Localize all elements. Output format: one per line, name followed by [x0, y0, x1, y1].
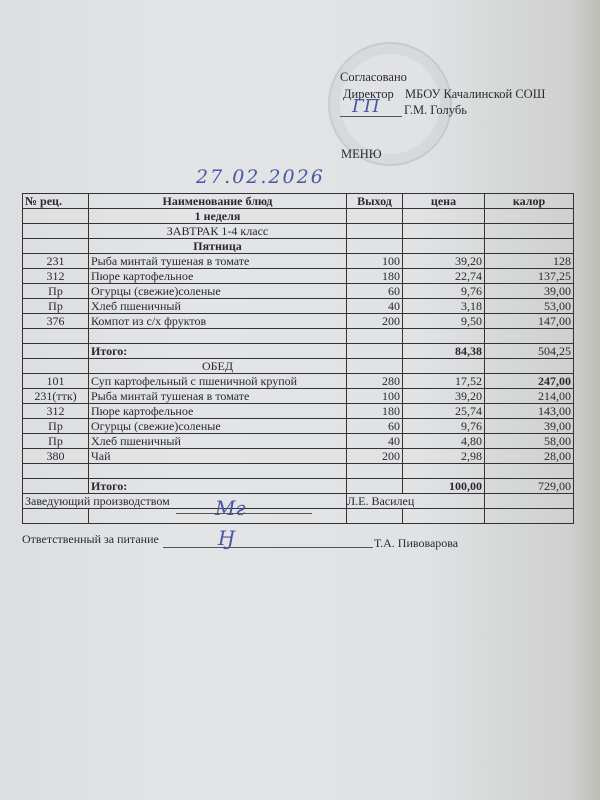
- approval-school: МБОУ Качалинской СОШ: [405, 86, 545, 102]
- recipe-number: Пр: [23, 419, 89, 434]
- dish-kcal: 247,00: [485, 374, 574, 389]
- production-head-row: Заведующий производствомЛ.Е. Василец: [23, 494, 574, 509]
- dish-name: Пюре картофельное: [89, 269, 347, 284]
- col-header-price: цена: [403, 194, 485, 209]
- week-label: 1 неделя: [89, 209, 347, 224]
- breakfast-title-row: ЗАВТРАК 1-4 класс: [23, 224, 574, 239]
- table-row: 101Суп картофельный с пшеничной крупой28…: [23, 374, 574, 389]
- total-price: 84,38: [403, 344, 485, 359]
- dish-price: 17,52: [403, 374, 485, 389]
- recipe-number: 376: [23, 314, 89, 329]
- dish-kcal: 128: [485, 254, 574, 269]
- empty-cell: [23, 344, 89, 359]
- dish-name: Пюре картофельное: [89, 404, 347, 419]
- recipe-number: 380: [23, 449, 89, 464]
- col-header-dish: Наименование блюд: [89, 194, 347, 209]
- table-row: ПрХлеб пшеничный404,8058,00: [23, 434, 574, 449]
- empty-cell: [403, 359, 485, 374]
- approval-director-name: Г.М. Голубь: [404, 102, 467, 118]
- dish-kcal: 28,00: [485, 449, 574, 464]
- week-row: 1 неделя: [23, 209, 574, 224]
- production-head-label: Заведующий производством: [23, 494, 347, 509]
- dish-kcal: 53,00: [485, 299, 574, 314]
- table-header-row: № рец. Наименование блюд Выход цена кало…: [23, 194, 574, 209]
- dish-kcal: 39,00: [485, 419, 574, 434]
- table-row: ПрОгурцы (свежие)соленые609,7639,00: [23, 419, 574, 434]
- table-row: 231(ттк)Рыба минтай тушеная в томате1003…: [23, 389, 574, 404]
- total-price: 100,00: [403, 479, 485, 494]
- table-row: 380Чай2002,9828,00: [23, 449, 574, 464]
- recipe-number: 312: [23, 269, 89, 284]
- empty-cell: [347, 359, 403, 374]
- dish-kcal: 147,00: [485, 314, 574, 329]
- lunch-total-row: Итого:100,00729,00: [23, 479, 574, 494]
- empty-cell: [485, 494, 574, 509]
- empty-cell: [485, 464, 574, 479]
- dish-yield: 180: [347, 269, 403, 284]
- recipe-number: 101: [23, 374, 89, 389]
- table-row: ПрОгурцы (свежие)соленые609,7639,00: [23, 284, 574, 299]
- dish-price: 9,76: [403, 284, 485, 299]
- spacer-row: [23, 329, 574, 344]
- total-kcal: 504,25: [485, 344, 574, 359]
- director-signature: ГП: [352, 96, 380, 117]
- empty-cell: [485, 509, 574, 524]
- total-label: Итого:: [89, 479, 347, 494]
- col-header-yield: Выход: [347, 194, 403, 209]
- recipe-number: Пр: [23, 299, 89, 314]
- dish-price: 25,74: [403, 404, 485, 419]
- dish-kcal: 143,00: [485, 404, 574, 419]
- dish-name: Огурцы (свежие)соленые: [89, 284, 347, 299]
- total-kcal: 729,00: [485, 479, 574, 494]
- breakfast-total-row: Итого:84,38504,25: [23, 344, 574, 359]
- nutrition-responsible-label: Ответственный за питание: [22, 532, 159, 547]
- day-row: Пятница: [23, 239, 574, 254]
- table-row: ПрХлеб пшеничный403,1853,00: [23, 299, 574, 314]
- approval-agreed: Согласовано: [340, 69, 407, 85]
- empty-cell: [23, 359, 89, 374]
- dish-yield: 40: [347, 299, 403, 314]
- empty-cell: [403, 329, 485, 344]
- table-row: 231Рыба минтай тушеная в томате10039,201…: [23, 254, 574, 269]
- total-label: Итого:: [89, 344, 347, 359]
- spacer-row: [23, 464, 574, 479]
- dish-price: 2,98: [403, 449, 485, 464]
- table-row: 312Пюре картофельное18025,74143,00: [23, 404, 574, 419]
- col-header-kcal: калор: [485, 194, 574, 209]
- page-title: МЕНЮ: [341, 146, 382, 162]
- recipe-number: Пр: [23, 284, 89, 299]
- empty-cell: [23, 479, 89, 494]
- day-label: Пятница: [89, 239, 347, 254]
- dish-price: 4,80: [403, 434, 485, 449]
- empty-cell: [403, 509, 485, 524]
- dish-name: Компот из с/х фруктов: [89, 314, 347, 329]
- dish-yield: 60: [347, 419, 403, 434]
- dish-name: Огурцы (свежие)соленые: [89, 419, 347, 434]
- dish-name: Рыба минтай тушеная в томате: [89, 389, 347, 404]
- dish-price: 39,20: [403, 254, 485, 269]
- dish-price: 22,74: [403, 269, 485, 284]
- dish-name: Хлеб пшеничный: [89, 434, 347, 449]
- lunch-title-row: ОБЕД: [23, 359, 574, 374]
- dish-yield: 200: [347, 449, 403, 464]
- production-head-name: Л.Е. Василец: [347, 494, 485, 509]
- dish-yield: 40: [347, 434, 403, 449]
- nutrition-signature-line: [163, 547, 373, 548]
- menu-table: № рец. Наименование блюд Выход цена кало…: [22, 193, 574, 524]
- breakfast-title: ЗАВТРАК 1-4 класс: [89, 224, 347, 239]
- dish-yield: 100: [347, 254, 403, 269]
- dish-price: 9,50: [403, 314, 485, 329]
- blank-row: [23, 509, 574, 524]
- dish-kcal: 137,25: [485, 269, 574, 284]
- dish-name: Рыба минтай тушеная в томате: [89, 254, 347, 269]
- nutrition-signature: Ӈ: [218, 526, 235, 550]
- recipe-number: Пр: [23, 434, 89, 449]
- dish-name: Хлеб пшеничный: [89, 299, 347, 314]
- empty-cell: [347, 509, 403, 524]
- dish-yield: 100: [347, 389, 403, 404]
- empty-cell: [89, 464, 347, 479]
- dish-kcal: 214,00: [485, 389, 574, 404]
- empty-cell: [347, 479, 403, 494]
- empty-cell: [89, 329, 347, 344]
- production-head-signature: Мг: [215, 496, 246, 520]
- table-row: 312Пюре картофельное18022,74137,25: [23, 269, 574, 284]
- empty-cell: [23, 329, 89, 344]
- dish-yield: 180: [347, 404, 403, 419]
- nutrition-responsible-name: Т.А. Пивоварова: [374, 536, 458, 551]
- dish-yield: 60: [347, 284, 403, 299]
- recipe-number: 312: [23, 404, 89, 419]
- dish-price: 3,18: [403, 299, 485, 314]
- production-head-signature-line: [176, 513, 312, 514]
- empty-cell: [403, 464, 485, 479]
- col-header-recipe: № рец.: [23, 194, 89, 209]
- handwritten-date: 27.02.2026: [196, 166, 325, 188]
- dish-price: 39,20: [403, 389, 485, 404]
- dish-kcal: 39,00: [485, 284, 574, 299]
- dish-kcal: 58,00: [485, 434, 574, 449]
- dish-name: Чай: [89, 449, 347, 464]
- empty-cell: [347, 464, 403, 479]
- table-row: 376Компот из с/х фруктов2009,50147,00: [23, 314, 574, 329]
- empty-cell: [23, 464, 89, 479]
- empty-cell: [347, 344, 403, 359]
- dish-name: Суп картофельный с пшеничной крупой: [89, 374, 347, 389]
- empty-cell: [23, 509, 89, 524]
- dish-yield: 280: [347, 374, 403, 389]
- recipe-number: 231(ттк): [23, 389, 89, 404]
- lunch-title: ОБЕД: [89, 359, 347, 374]
- empty-cell: [347, 329, 403, 344]
- dish-price: 9,76: [403, 419, 485, 434]
- empty-cell: [485, 359, 574, 374]
- dish-yield: 200: [347, 314, 403, 329]
- empty-cell: [485, 329, 574, 344]
- recipe-number: 231: [23, 254, 89, 269]
